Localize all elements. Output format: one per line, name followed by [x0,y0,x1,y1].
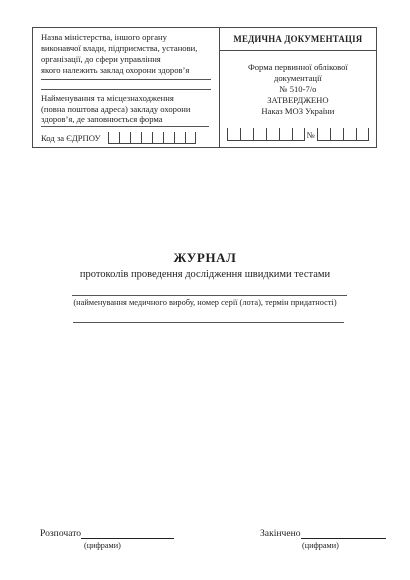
code-cell[interactable] [317,128,330,141]
facility-info-line: (повна поштова адреса) закладу охорони [41,104,212,115]
facility-info-line: Найменування та місцезнаходження [41,93,212,104]
finished-group: Закінчено [260,528,386,539]
started-label: Розпочато [40,528,81,539]
edrpou-label: Код за ЄДРПОУ [41,133,101,144]
ministry-info-line: організації, до сфери управління [41,54,212,65]
code-cell[interactable] [292,128,305,141]
code-cell[interactable] [163,132,174,144]
facility-info: Найменування та місцезнаходження (повна … [41,93,212,126]
form-number-line: № 510-7/о [220,84,376,95]
finished-digits-hint: (цифрами) [302,541,339,550]
facility-info-line: здоров’я, де заповнюється форма [41,114,212,125]
header-right-column: МЕДИЧНА ДОКУМЕНТАЦІЯ Форма первинної обл… [220,28,376,147]
code-cell[interactable] [130,132,141,144]
code-cell[interactable] [119,132,130,144]
code-cell[interactable] [330,128,343,141]
form-info: Форма первинної облікової документації №… [220,51,376,117]
codes-row: № [220,128,376,147]
title-block: ЖУРНАЛ протоколів проведення дослідження… [0,250,410,280]
order-line: Наказ МОЗ України [220,106,376,117]
ministry-info-line: якого належить заклад охорони здоров’я [41,65,212,76]
ministry-fill-line-2[interactable] [41,89,211,90]
finished-label: Закінчено [260,528,301,539]
date-code-cells[interactable] [227,128,305,141]
ministry-fill-line-1[interactable] [41,79,211,80]
medical-documentation-title: МЕДИЧНА ДОКУМЕНТАЦІЯ [220,28,376,51]
form-info-line: Форма первинної облікової [220,62,376,73]
header-box: Назва міністерства, іншого органу викона… [32,27,377,148]
started-fill-line[interactable] [81,528,174,539]
code-cell[interactable] [141,132,152,144]
started-digits-hint: (цифрами) [84,541,121,550]
started-group: Розпочато [40,528,174,539]
device-fill-line-1[interactable] [72,295,347,296]
ministry-info-line: виконавчої влади, підприємства, установи… [41,43,212,54]
code-cell[interactable] [108,132,119,144]
number-label: № [305,130,317,141]
journal-subtitle: протоколів проведення дослідження швидки… [0,269,410,280]
code-cell[interactable] [266,128,279,141]
edrpou-row: Код за ЄДРПОУ [41,132,212,144]
approved-line: ЗАТВЕРДЖЕНО [220,95,376,106]
ministry-info: Назва міністерства, іншого органу викона… [41,32,212,76]
code-cell[interactable] [279,128,292,141]
code-cell[interactable] [253,128,266,141]
facility-fill-line[interactable] [41,126,209,127]
code-cell[interactable] [174,132,185,144]
code-cell[interactable] [227,128,240,141]
device-fill-line-2[interactable] [73,322,344,323]
code-cell[interactable] [185,132,196,144]
finished-fill-line[interactable] [301,528,386,539]
number-code-cells[interactable] [317,128,369,141]
edrpou-code-cells[interactable] [108,132,196,144]
code-cell[interactable] [152,132,163,144]
device-caption: (найменування медичного виробу, номер се… [0,298,410,307]
form-info-line: документації [220,73,376,84]
journal-title: ЖУРНАЛ [0,250,410,266]
code-cell[interactable] [356,128,369,141]
code-cell[interactable] [343,128,356,141]
header-left-column: Назва міністерства, іншого органу викона… [33,28,220,147]
ministry-info-line: Назва міністерства, іншого органу [41,32,212,43]
form-page: Назва міністерства, іншого органу викона… [0,0,410,580]
code-cell[interactable] [240,128,253,141]
